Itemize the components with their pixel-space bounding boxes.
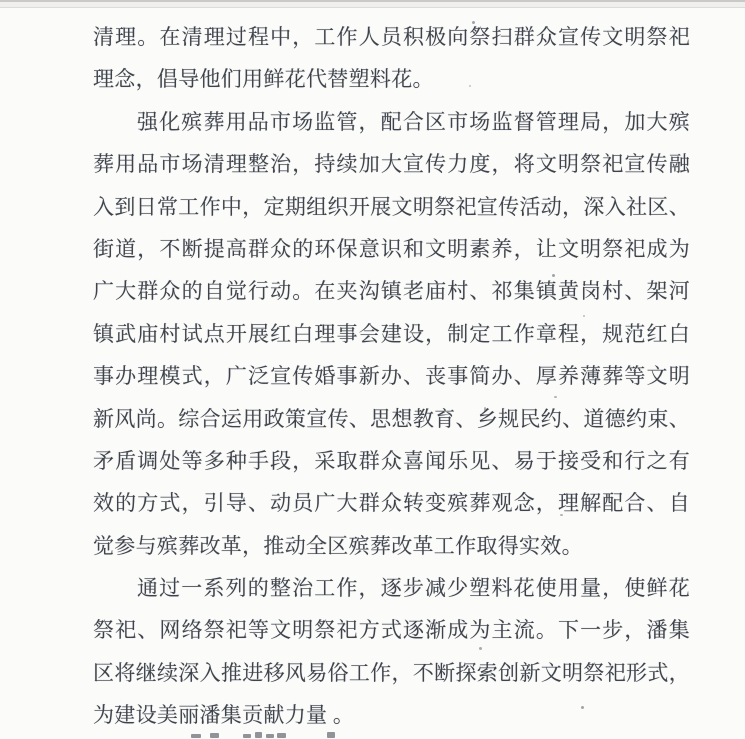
text-line: 为建设美丽潘集贡献力量 。 [93, 694, 690, 736]
scan-speck [583, 315, 585, 317]
text-line: 效的方式，引导、动员广大群众转变殡葬观念，理解配合、自 [93, 482, 690, 524]
scan-speck [484, 407, 486, 412]
text-line: 清理。在清理过程中，工作人员积极向祭扫群众宣传文明祭祀 [93, 16, 690, 58]
document-body-text: 清理。在清理过程中，工作人员积极向祭扫群众宣传文明祭祀 理念，倡导他们用鲜花代替… [93, 16, 690, 737]
clipped-character-top [277, 733, 286, 738]
scan-speck [581, 706, 584, 709]
clipped-character-top [255, 732, 262, 738]
text-line: 事办理模式，广泛宣传婚事新办、丧事简办、厚养薄葬等文明 [93, 355, 690, 397]
text-line: 强化殡葬用品市场监管，配合区市场监督管理局，加大殡 [93, 101, 690, 143]
scan-speck [554, 396, 557, 398]
scan-speck [472, 21, 475, 24]
text-line: 觉参与殡葬改革，推动全区殡葬改革工作取得实效。 [93, 525, 690, 567]
text-line: 通过一系列的整治工作，逐步减少塑料花使用量，使鲜花 [93, 567, 690, 609]
scanned-document-page: 清理。在清理过程中，工作人员积极向祭扫群众宣传文明祭祀 理念，倡导他们用鲜花代替… [0, 0, 745, 739]
text-line: 祭祀、网络祭祀等文明祭祀方式逐渐成为主流。下一步，潘集 [93, 609, 690, 651]
text-line: 广大群众的自觉行动。在夹沟镇老庙村、祁集镇黄岗村、架河 [93, 270, 690, 312]
text-line: 区将继续深入推进移风易俗工作，不断探索创新文明祭祀形式， [93, 652, 690, 694]
clipped-character-top [243, 734, 251, 738]
clipped-character-top [327, 732, 335, 738]
text-line: 入到日常工作中，定期组织开展文明祭祀宣传活动，深入社区、 [93, 186, 690, 228]
text-line: 矛盾调处等多种手段，采取群众喜闻乐见、易于接受和行之有 [93, 440, 690, 482]
text-line: 街道，不断提高群众的环保意识和文明素养，让文明祭祀成为 [93, 228, 690, 270]
clipped-character-top [210, 733, 219, 738]
scan-speck [552, 274, 555, 277]
scan-top-band [0, 2, 745, 8]
text-line: 新风尚。综合运用政策宣传、思想教育、乡规民约、道德约束、 [93, 398, 690, 440]
scan-speck [479, 647, 482, 650]
text-line: 理念，倡导他们用鲜花代替塑料花。 [93, 58, 690, 100]
text-line: 葬用品市场清理整治，持续加大宣传力度，将文明祭祀宣传融 [93, 143, 690, 185]
scan-speck [469, 85, 471, 87]
text-line: 镇武庙村试点开展红白理事会建设，制定工作章程，规范红白 [93, 313, 690, 355]
clipped-character-top [266, 734, 274, 738]
scan-speck [560, 514, 563, 516]
clipped-character-top [191, 734, 201, 738]
